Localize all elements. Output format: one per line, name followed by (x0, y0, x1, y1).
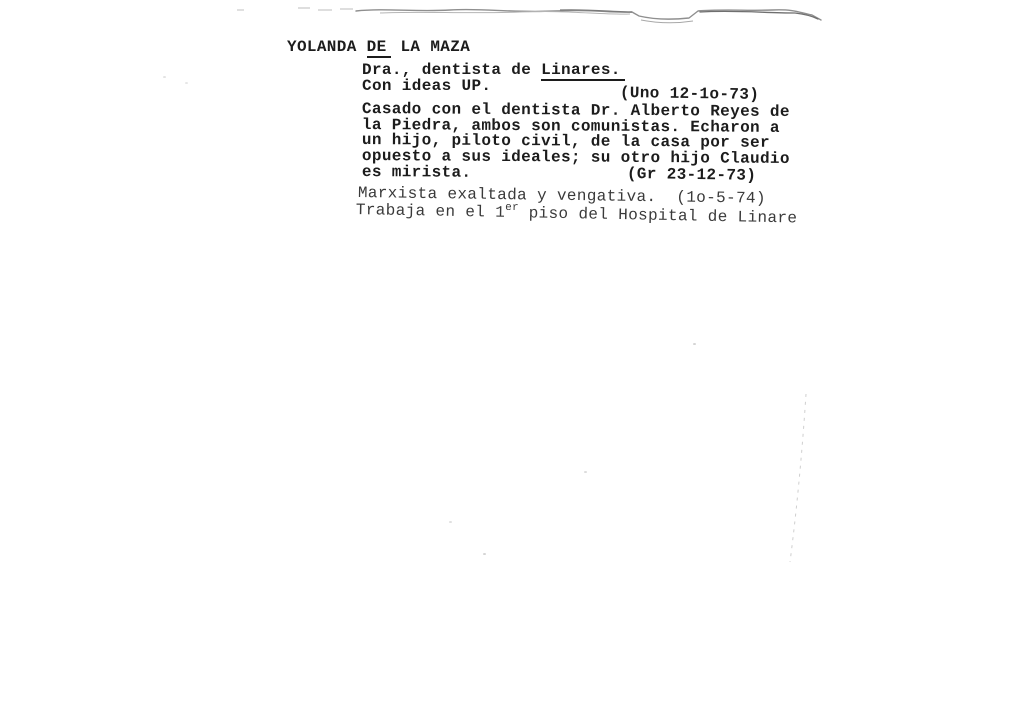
date-note-uno: (Uno 12-1o-73) (620, 85, 760, 103)
body-line-mirista: es mirista. (362, 164, 472, 181)
dust-speck (449, 521, 452, 523)
body-line-ideas: Con ideas UP. (362, 78, 491, 94)
document-title: YOLANDA DE LA MAZA (287, 39, 470, 55)
dust-speck (185, 82, 188, 84)
city-underlined: Linares. (541, 61, 625, 81)
trabaja-text-pre: Trabaja en el 1 (356, 201, 506, 222)
dust-speck (693, 343, 696, 345)
trabaja-text-post: piso del Hospital de Linare (519, 204, 798, 227)
title-text-pre: YOLANDA (287, 38, 367, 56)
title-text-post: LA MAZA (391, 38, 471, 56)
title-underlined-name: DE (367, 38, 391, 58)
dust-speck (163, 76, 166, 78)
date-note-gr: (Gr 23-12-73) (627, 166, 757, 184)
dust-speck (483, 553, 486, 555)
dust-speck (584, 471, 587, 473)
body-line-profession: Dra., dentista de Linares. (362, 62, 625, 78)
scan-top-edge-artifact (0, 0, 1012, 34)
scanned-document-page: YOLANDA DE LA MAZA Dra., dentista de Lin… (0, 0, 1012, 717)
ordinal-superscript: er (505, 202, 519, 214)
